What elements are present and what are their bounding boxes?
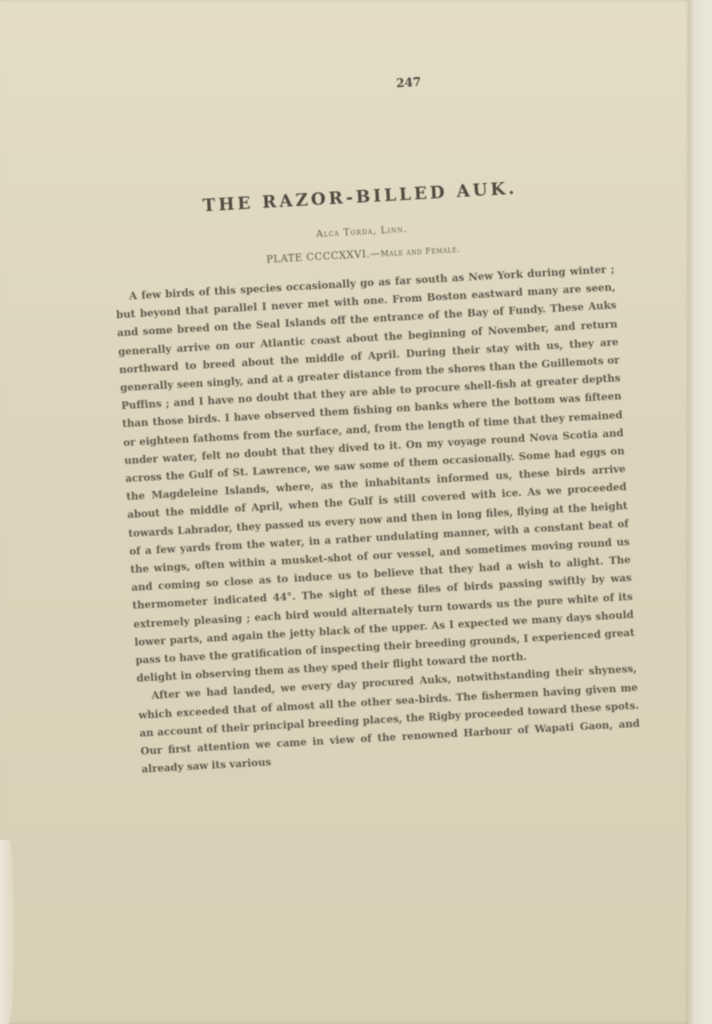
- plate-subtitle: Male and Female.: [380, 245, 460, 258]
- torn-page-edge: [0, 840, 14, 1024]
- page-edge: [688, 0, 712, 1024]
- paragraph: A few birds of this species occasionally…: [115, 260, 637, 688]
- page-content: 247 THE RAZOR-BILLED AUK. Alca Torda, Li…: [103, 57, 641, 779]
- body-text: A few birds of this species occasionally…: [115, 260, 642, 779]
- plate-label: PLATE CCCCXXVI.—: [266, 248, 381, 265]
- chapter-title: THE RAZOR-BILLED AUK.: [110, 174, 610, 222]
